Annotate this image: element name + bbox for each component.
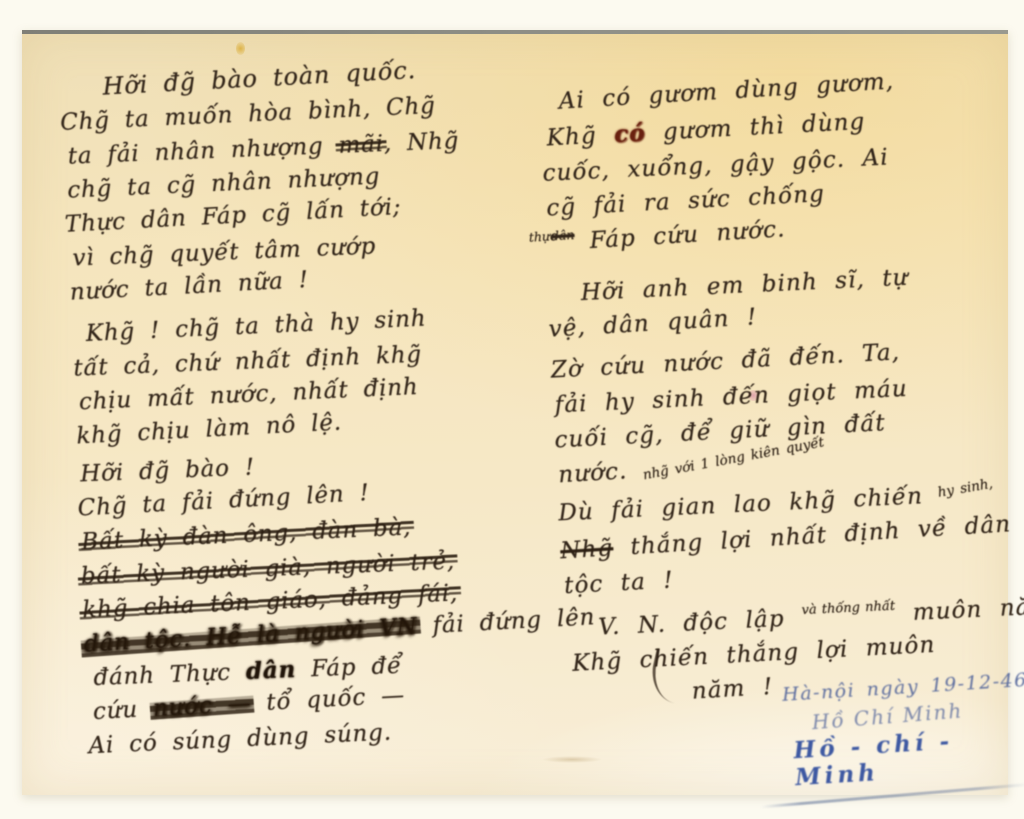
handwritten-text: nước ta lần nữa ! xyxy=(69,267,309,306)
manuscript-photo: Hỡi đg̃ bào toàn quốc.Chg̃ ta muốn hòa b… xyxy=(22,30,1008,795)
inserted-text: và thống nhất xyxy=(801,599,895,618)
handwritten-text: muôn năm ! xyxy=(895,592,1024,627)
handwritten-text: tổ quốc — xyxy=(251,682,406,716)
screenshot-root: Hỡi đg̃ bào toàn quốc.Chg̃ ta muốn hòa b… xyxy=(0,0,1024,819)
paper-stain-smudge xyxy=(542,756,602,763)
handwritten-text: V. N. độc lập xyxy=(598,605,803,641)
handwritten-text: Khg̃ xyxy=(546,122,615,151)
handwritten-text: nước. xyxy=(558,458,629,488)
signature-block: Hà-nội ngày 19-12-46 Hồ Chí Minh Hồ - ch… xyxy=(714,668,1024,807)
photo-top-edge xyxy=(22,30,1008,34)
red-overwritten-word: có xyxy=(613,119,646,148)
black-overwritten-word: dân xyxy=(245,656,296,685)
right-column: Ai có gươm dùng gươm,Khg̃ có gươm thì dù… xyxy=(536,61,1024,717)
paper-stain-yellow xyxy=(236,42,245,55)
margin-insert-struck: dân xyxy=(550,217,576,253)
left-column: Hỡi đg̃ bào toàn quốc.Chg̃ ta muốn hòa b… xyxy=(58,50,563,763)
handwritten-text: gươm thì dùng xyxy=(645,109,866,146)
handwritten-text: , Nhg̃ xyxy=(383,128,459,157)
handwritten-text: Fáp cứu nước. xyxy=(589,216,786,254)
handwritten-text: tộc ta ! xyxy=(564,567,675,599)
handwritten-text: vệ, dân quân ! xyxy=(548,304,758,343)
blotted-text: nước — xyxy=(152,691,252,722)
scribbled-text: mãi xyxy=(338,131,384,159)
struck-text: Nhg̃ xyxy=(560,535,614,564)
handwritten-text: đánh Thực xyxy=(93,659,246,691)
inserted-note: hy sinh, xyxy=(935,467,996,511)
handwritten-text: cứu xyxy=(92,696,153,725)
